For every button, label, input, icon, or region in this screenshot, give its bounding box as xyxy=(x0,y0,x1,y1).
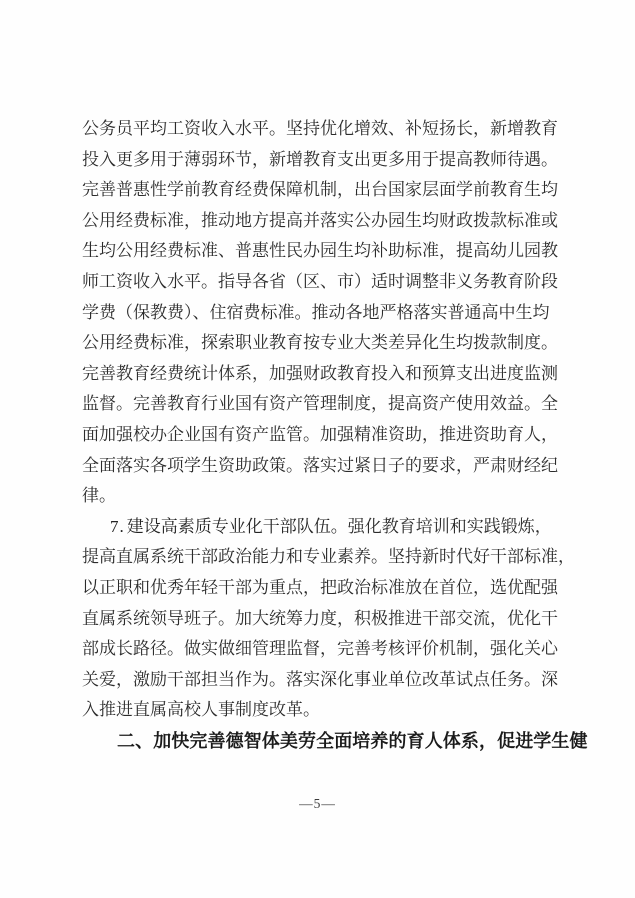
body-line: 公用经费标准，探索职业教育按专业大类差异化生均拨款制度。 xyxy=(82,328,560,359)
body-line: 投入更多用于薄弱环节，新增教育支出更多用于提高教师待遇。 xyxy=(82,145,560,176)
section-2-heading: 二、加快完善德智体美劳全面培养的育人体系，促进学生健 xyxy=(82,726,560,757)
body-line: 入推进直属高校人事制度改革。 xyxy=(82,695,560,726)
body-line: 完善普惠性学前教育经费保障机制，出台国家层面学前教育生均 xyxy=(82,175,560,206)
body-line: 以正职和优秀年轻干部为重点，把政治标准放在首位，选优配强 xyxy=(82,573,560,604)
body-line: 律。 xyxy=(82,481,560,512)
item-7-number: 7. xyxy=(110,517,125,536)
body-line: 学费（保教费）、住宿费标准。推动各地严格落实普通高中生均 xyxy=(82,298,560,329)
body-line: 公用经费标准，推动地方提高并落实公办园生均财政拨款标准或 xyxy=(82,206,560,237)
body-line: 部成长路径。做实做细管理监督，完善考核评价机制，强化关心 xyxy=(82,634,560,665)
body-line: 公务员平均工资收入水平。坚持优化增效、补短扬长，新增教育 xyxy=(82,114,560,145)
body-line: 直属系统领导班子。加大统筹力度，积极推进干部交流，优化干 xyxy=(82,604,560,635)
document-page: 公务员平均工资收入水平。坚持优化增效、补短扬长，新增教育 投入更多用于薄弱环节，… xyxy=(0,0,635,898)
body-line: 师工资收入水平。指导各省（区、市）适时调整非义务教育阶段 xyxy=(82,267,560,298)
body-line: 生均公用经费标准、普惠性民办园生均补助标准，提高幼儿园教 xyxy=(82,236,560,267)
page-number: —5— xyxy=(0,796,635,812)
item-7-heading: 7.建设高素质专业化干部队伍。 xyxy=(110,517,348,536)
body-line: 提高直属系统干部政治能力和专业素养。坚持新时代好干部标准， xyxy=(82,542,560,573)
body-line: 关爱，激励干部担当作为。落实深化事业单位改革试点任务。深 xyxy=(82,665,560,696)
body-line: 监督。完善教育行业国有资产管理制度，提高资产使用效益。全 xyxy=(82,389,560,420)
body-line: 完善教育经费统计体系，加强财政教育投入和预算支出进度监测 xyxy=(82,359,560,390)
body-line: 面加强校办企业国有资产监管。加强精准资助，推进资助育人， xyxy=(82,420,560,451)
body-line: 全面落实各项学生资助政策。落实过紧日子的要求，严肃财经纪 xyxy=(82,451,560,482)
text-block: 公务员平均工资收入水平。坚持优化增效、补短扬长，新增教育 投入更多用于薄弱环节，… xyxy=(82,114,560,756)
item-7-title: 建设高素质专业化干部队伍。 xyxy=(127,517,348,536)
body-line: 强化教育培训和实践锻炼， xyxy=(348,517,552,536)
item-7-first-line: 7.建设高素质专业化干部队伍。强化教育培训和实践锻炼， xyxy=(82,512,560,543)
